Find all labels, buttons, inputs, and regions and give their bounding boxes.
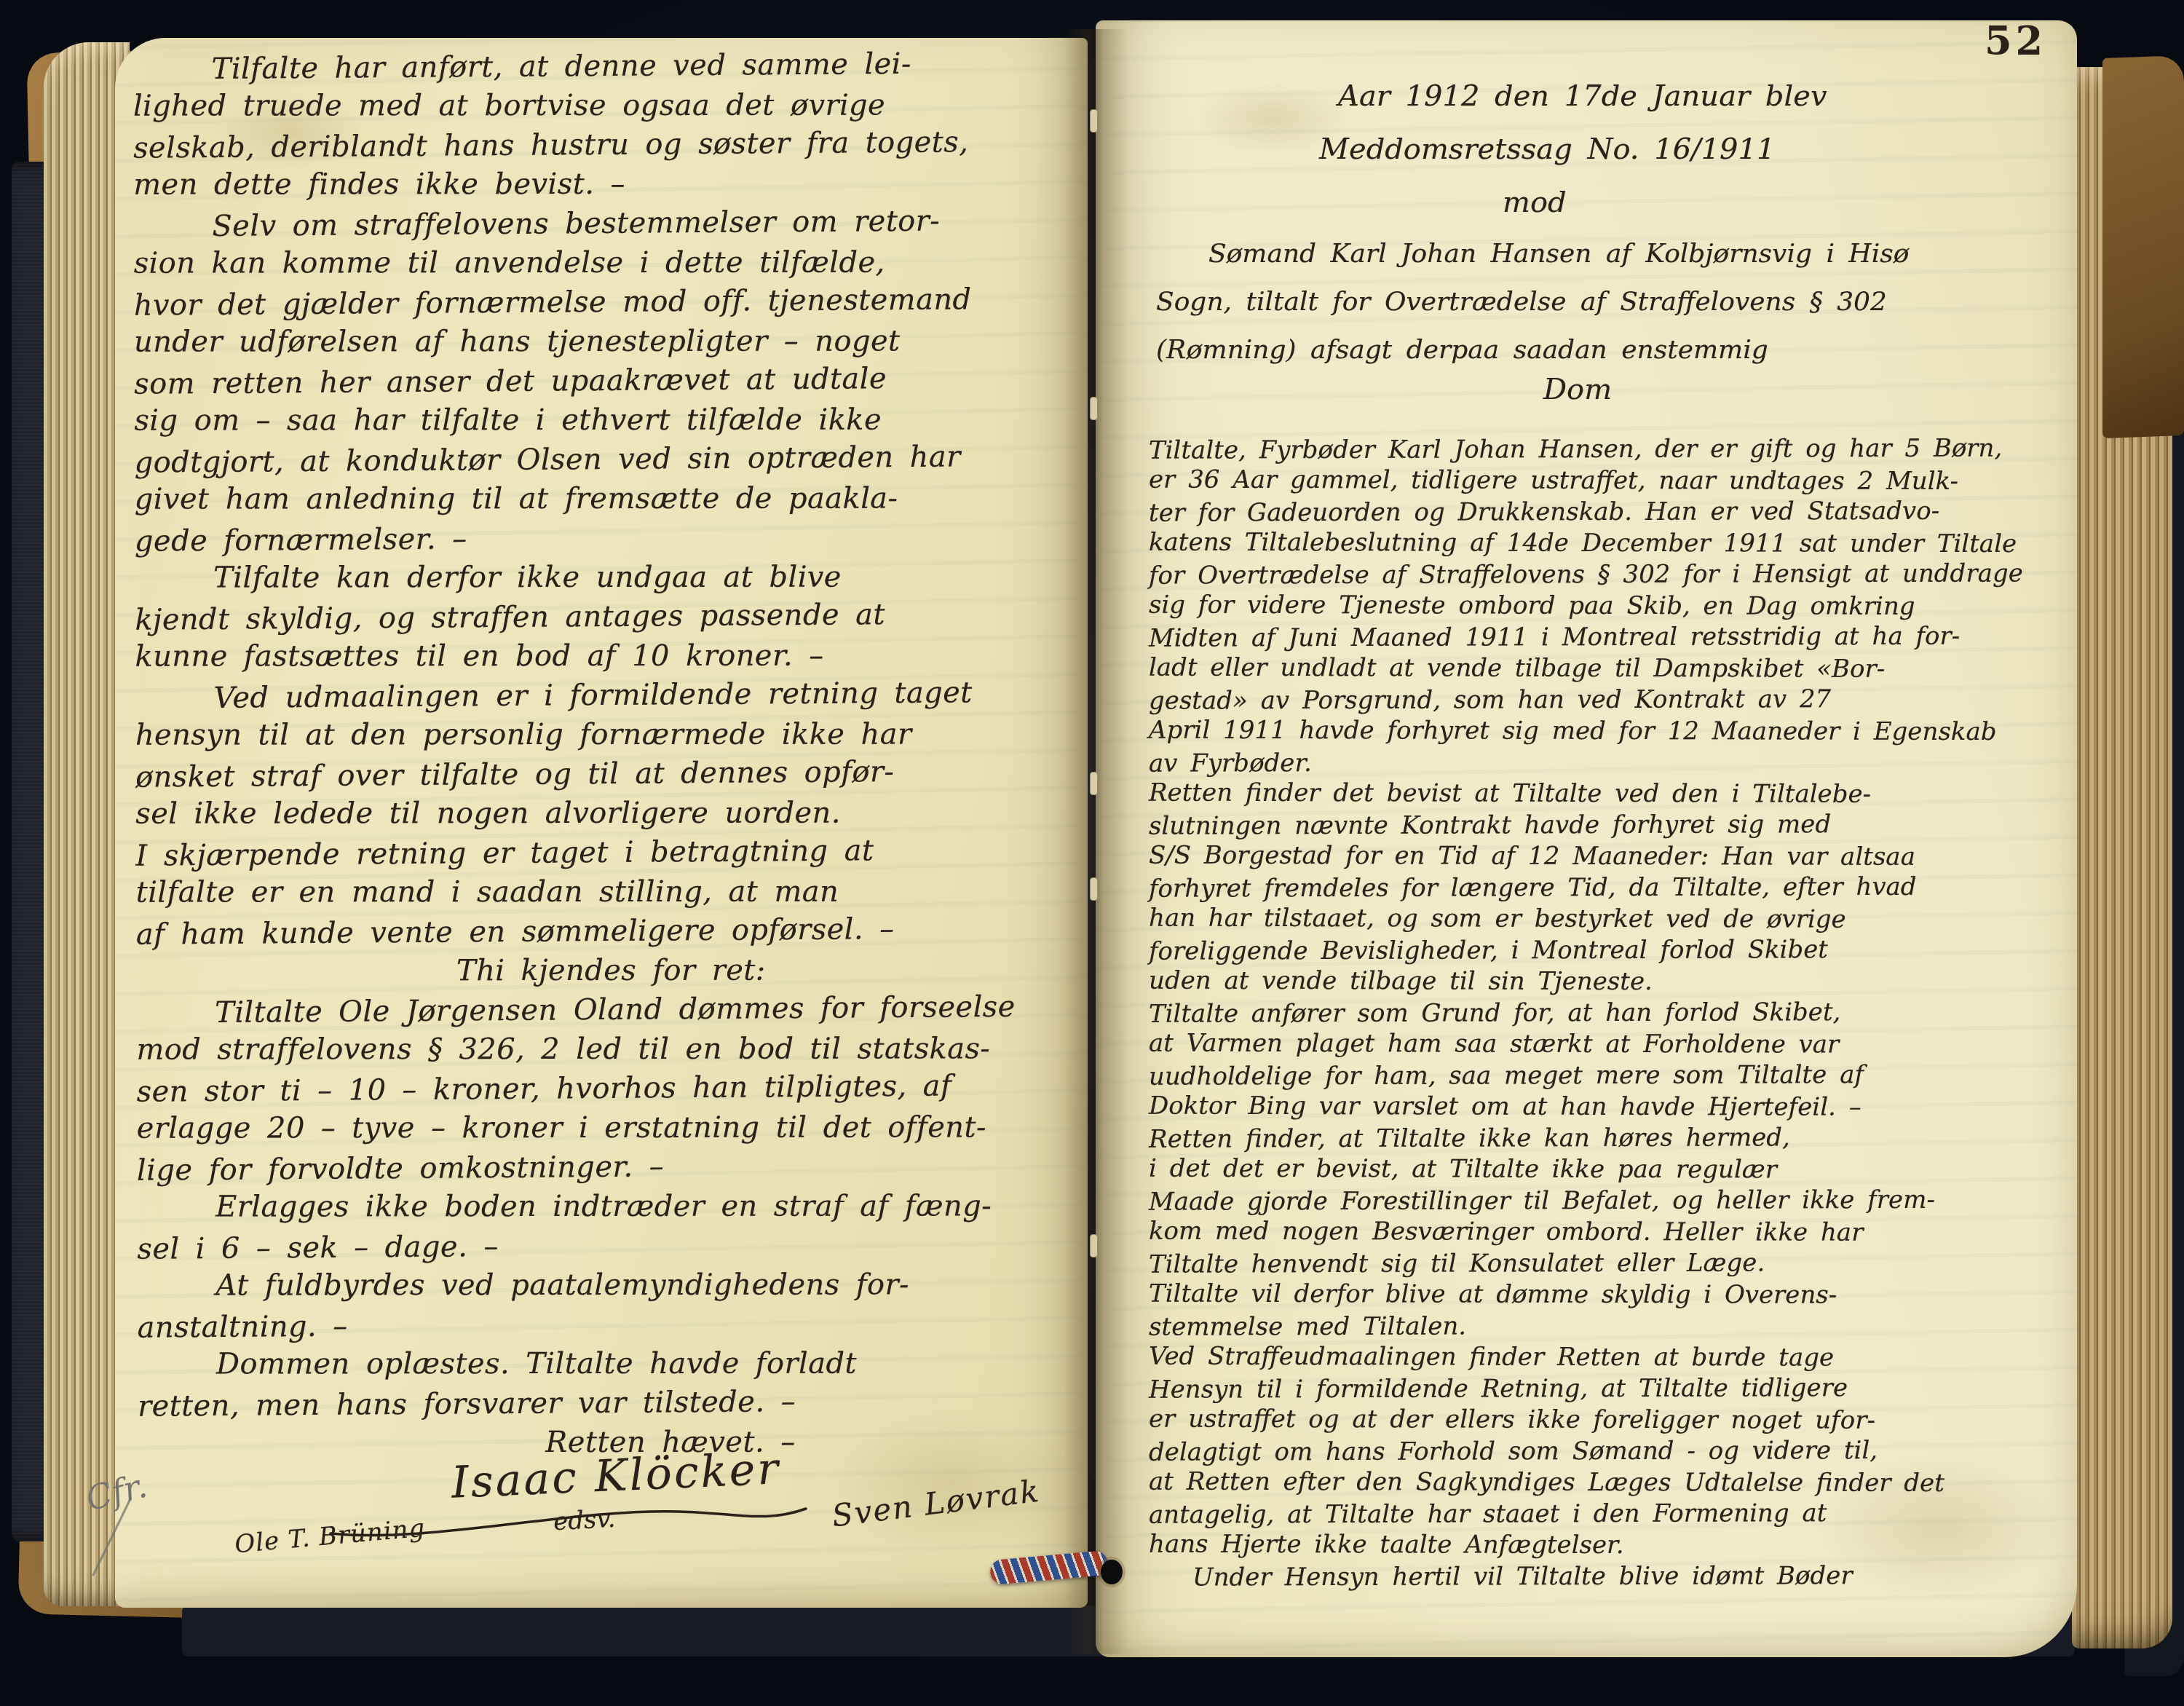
handwritten-line: Tilfalte kan derfor ikke undgaa at blive xyxy=(135,557,1072,597)
handwritten-line: April 1911 havde forhyret sig med for 12… xyxy=(1149,715,2075,749)
handwritten-line: Meddomsretssag No. 16/1911 xyxy=(1319,123,1827,176)
handwritten-line: Ved Straffeudmaalingen finder Retten at … xyxy=(1149,1341,2075,1375)
binding-stitch xyxy=(1090,772,1098,795)
handwritten-line: foreliggende Bevisligheder, i Montreal f… xyxy=(1149,933,2075,967)
handwritten-line: erlagge 20 – tyve – kroner i erstatning … xyxy=(137,1107,1075,1148)
handwritten-line: Tiltalte Ole Jørgensen Oland dømmes for … xyxy=(136,987,1074,1032)
handwritten-line: Retten finder det bevist at Tiltalte ved… xyxy=(1149,778,2075,811)
handwritten-line: Sømand Karl Johan Hansen af Kolbjørnsvig… xyxy=(1156,230,2073,278)
handwritten-line: katens Tiltalebeslutning af 14de Decembe… xyxy=(1149,527,2075,561)
handwritten-line: gede fornærmelser. – xyxy=(135,515,1072,561)
handwritten-line: Sogn, tiltalt for Overtrædelse af Straff… xyxy=(1156,278,2073,326)
handwritten-line: Thi kjendes for ret: xyxy=(136,950,1074,990)
handwritten-line: er 36 Aar gammel, tidligere ustraffet, n… xyxy=(1149,465,2075,498)
handwritten-line: uden at vende tilbage til sin Tjeneste. xyxy=(1149,965,2075,999)
handwritten-line: ter for Gadeuorden og Drukkenskab. Han e… xyxy=(1149,495,2075,529)
handwritten-line: I skjærpende retning er taget i betragtn… xyxy=(135,829,1073,875)
handwritten-line: slutningen nævnte Kontrakt havde forhyre… xyxy=(1149,808,2075,842)
handwritten-line: han har tilstaaet, og som er bestyrket v… xyxy=(1149,903,2075,936)
right-page-text: Tiltalte, Fyrbøder Karl Johan Hansen, de… xyxy=(1149,434,2075,1592)
handwritten-line: kunne fastsættes til en bod af 10 kroner… xyxy=(135,636,1073,676)
book-scan: Tilfalte har anført, at denne ved samme … xyxy=(0,0,2184,1706)
handwritten-line: hans Hjerte ikke taalte Anfægtelser. xyxy=(1149,1529,2075,1563)
handwritten-line: at Retten efter den Sagkyndiges Læges Ud… xyxy=(1149,1466,2075,1500)
handwritten-line: for Overtrædelse af Straffelovens § 302 … xyxy=(1149,558,2075,591)
handwritten-line: Aar 1912 den 17de Januar blev xyxy=(1319,70,1827,123)
handwritten-line: Tiltalte henvendt sig til Konsulatet ell… xyxy=(1149,1247,2075,1280)
handwritten-line: Tiltalte anfører som Grund for, at han f… xyxy=(1149,996,2075,1030)
handwritten-line: mod straffelovens § 326, 2 led til en bo… xyxy=(136,1029,1074,1069)
handwritten-line: Tiltalte vil derfor blive at dømme skyld… xyxy=(1149,1279,2075,1312)
binding-stitch xyxy=(1090,397,1098,420)
handwritten-line: forhyret fremdeles for længere Tid, da T… xyxy=(1149,871,2075,904)
handwritten-line: stemmelse med Tiltalen. xyxy=(1149,1309,2075,1343)
handwritten-line: lige for forvoldte omkostninger. – xyxy=(137,1144,1075,1190)
handwritten-line: givet ham anledning til at fremsætte de … xyxy=(135,478,1072,518)
handwritten-line: Tiltalte, Fyrbøder Karl Johan Hansen, de… xyxy=(1149,433,2075,466)
page-number: 52 xyxy=(1985,17,2046,64)
handwritten-line: kom med nogen Besværinger ombord. Heller… xyxy=(1149,1216,2075,1249)
handwritten-line: Dommen oplæstes. Tiltalte havde forladt xyxy=(138,1343,1075,1383)
handwritten-line: tilfalte er en mand i saadan stilling, a… xyxy=(136,872,1074,912)
handwritten-line: som retten her anser det upaakrævet at u… xyxy=(134,358,1072,403)
handwritten-line: er ustraffet og at der ellers ikke forel… xyxy=(1149,1404,2075,1437)
handwritten-line: sel ikke ledede til nogen alvorligere uo… xyxy=(135,793,1073,833)
handwritten-line: ladt eller undladt at vende tilbage til … xyxy=(1149,652,2075,686)
handwritten-line: lighed truede med at bortvise ogsaa det … xyxy=(133,85,1071,125)
handwritten-line: Tilfalte har anført, at denne ved samme … xyxy=(133,43,1071,89)
right-page-case-intro: Sømand Karl Johan Hansen af Kolbjørnsvig… xyxy=(1156,230,2073,374)
dom-heading: Dom xyxy=(1543,373,1612,406)
handwritten-line: sig for videre Tjeneste ombord paa Skib,… xyxy=(1149,590,2075,623)
handwritten-line: af ham kunde vente en sømmeligere opførs… xyxy=(136,908,1074,954)
handwritten-line: mod xyxy=(1319,176,1827,229)
handwritten-line: anstaltning. – xyxy=(138,1301,1075,1347)
handwritten-line: Doktor Bing var varslet om at han havde … xyxy=(1149,1091,2075,1124)
handwritten-line: At fuldbyrdes ved paatalemyndighedens fo… xyxy=(138,1265,1075,1305)
book-cover-corner-top-right xyxy=(2102,55,2184,438)
handwritten-line: godtgjort, at konduktør Olsen ved sin op… xyxy=(134,436,1072,482)
handwritten-line: Ved udmaalingen er i formildende retning… xyxy=(135,672,1073,718)
handwritten-line: uudholdelige for ham, saa meget mere som… xyxy=(1149,1059,2075,1092)
handwritten-line: sion kan komme til anvendelse i dette ti… xyxy=(134,242,1072,283)
handwritten-line: Under Hensyn hertil vil Tiltalte blive i… xyxy=(1149,1560,2075,1593)
handwritten-line: Erlagges ikke boden indtræder en straf a… xyxy=(137,1186,1075,1226)
handwritten-line: hensyn til at den personlig fornærmede i… xyxy=(135,714,1073,754)
handwritten-line: selskab, deriblandt hans hustru og søste… xyxy=(133,122,1071,167)
binding-stitch xyxy=(1090,877,1098,901)
handwritten-line: Hensyn til i formildende Retning, at Til… xyxy=(1149,1372,2075,1405)
handwritten-line: retten, men hans forsvarer var tilstede.… xyxy=(138,1380,1075,1426)
handwritten-line: antagelig, at Tiltalte har staaet i den … xyxy=(1149,1497,2075,1531)
handwritten-line: Maade gjorde Forestillinger til Befalet,… xyxy=(1149,1184,2075,1217)
handwritten-line: delagtigt om hans Forhold som Sømand - o… xyxy=(1149,1434,2075,1468)
handwritten-line: Retten finder, at Tiltalte ikke kan høre… xyxy=(1149,1121,2075,1155)
handwritten-line: kjendt skyldig, og straffen antages pass… xyxy=(135,593,1072,639)
handwritten-line: sel i 6 – sek – dage. – xyxy=(137,1223,1075,1268)
handwritten-line: ønsket straf over tilfalte og til at den… xyxy=(135,751,1073,797)
binding-stitch xyxy=(1090,109,1098,133)
handwritten-line: sig om – saa har tilfalte i ethvert tilf… xyxy=(134,400,1072,440)
handwritten-line: gestad» av Porsgrund, som han ved Kontra… xyxy=(1149,683,2075,716)
left-page-text: Tilfalte har anført, at denne ved samme … xyxy=(133,45,1076,1464)
handwritten-line: sen stor ti – 10 – kroner, hvorhos han t… xyxy=(136,1065,1074,1111)
binding-stitch xyxy=(1090,1234,1098,1257)
handwritten-line: under udførelsen af hans tjenestepligter… xyxy=(134,321,1072,361)
handwritten-line: Selv om straffelovens bestemmelser om re… xyxy=(133,200,1071,246)
signature-suffix: edsv. xyxy=(553,1504,616,1536)
handwritten-line: Midten af Juni Maaned 1911 i Montreal re… xyxy=(1149,620,2075,654)
handwritten-line: at Varmen plaget ham saa stærkt at Forho… xyxy=(1149,1028,2075,1062)
binding-thread-hole xyxy=(1101,1560,1123,1584)
handwritten-line: i det det er bevist, at Tiltalte ikke pa… xyxy=(1149,1153,2075,1187)
handwritten-line: S/S Borgestad for en Tid af 12 Maaneder:… xyxy=(1149,840,2075,874)
right-page-case-header: Aar 1912 den 17de Januar blevMeddomsrets… xyxy=(1319,70,1827,229)
handwritten-line: av Fyrbøder. xyxy=(1149,746,2075,779)
handwritten-line: men dette findes ikke bevist. – xyxy=(133,164,1071,204)
handwritten-line: (Rømning) afsagt derpaa saadan enstemmig xyxy=(1156,326,2073,374)
handwritten-line: hvor det gjælder fornærmelse mod off. tj… xyxy=(134,279,1072,325)
